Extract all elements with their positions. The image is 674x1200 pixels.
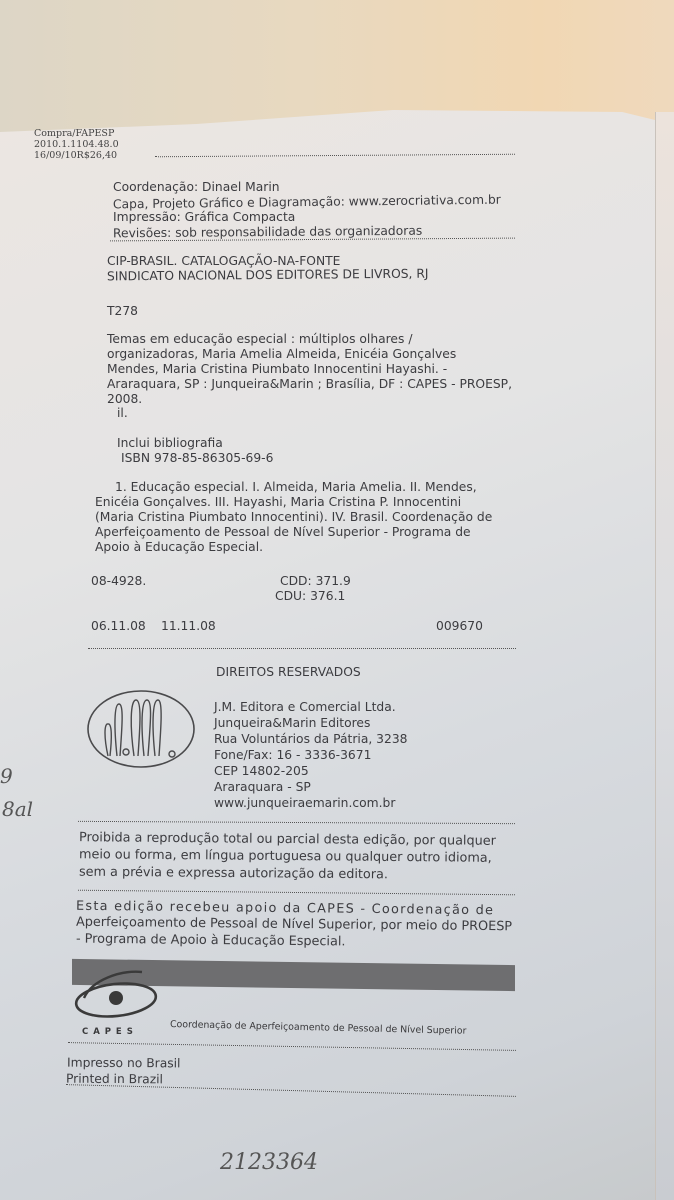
cip-cdu: CDU: 376.1 (275, 589, 345, 605)
divider (88, 648, 516, 649)
publisher-cep: CEP 14802-205 (214, 764, 309, 780)
cip-subject-line: (Maria Cristina Piumbato Innocentini). I… (95, 510, 492, 526)
cip-subject-line: 1. Educação especial. I. Almeida, Maria … (115, 480, 477, 496)
stamp-line-2: 2010.1.1104.48.0 (34, 140, 119, 151)
handwritten-number: 2123364 (220, 1150, 318, 1175)
cip-cdd: CDD: 371.9 (280, 574, 351, 590)
support-line: - Programa de Apoio à Educação Especial. (76, 932, 346, 950)
rights-title: DIREITOS RESERVADOS (216, 665, 361, 681)
publisher-logo-icon (86, 688, 198, 770)
cip-subject-line: Apoio à Educação Especial. (95, 540, 263, 556)
handwritten-margin-bottom: 8al (2, 797, 33, 821)
publisher-line: Junqueira&Marin Editores (214, 716, 370, 732)
handwritten-margin-top: 9 (0, 764, 13, 788)
publisher-line: J.M. Editora e Comercial Ltda. (214, 700, 396, 716)
cip-entry-line: Araraquara, SP : Junqueira&Marin ; Brasí… (107, 377, 512, 393)
publisher-website: www.junqueiraemarin.com.br (214, 796, 395, 812)
cip-date-1: 06.11.08 (91, 619, 146, 635)
prohibition-line: sem a prévia e expressa autorização da e… (79, 865, 388, 883)
cip-entry-line: Mendes, Maria Cristina Piumbato Innocent… (107, 362, 447, 378)
capes-logo-text: C A P E S (82, 1027, 134, 1037)
stamp-line-3: 16/09/10R$26,40 (34, 151, 117, 162)
credit-printing: Impressão: Gráfica Compacta (113, 210, 295, 226)
publisher-phone: Fone/Fax: 16 - 3336-3671 (214, 748, 371, 764)
cip-subject-line: Aperfeiçoamento de Pessoal de Nível Supe… (95, 525, 471, 541)
publisher-address: Rua Voluntários da Pátria, 3238 (214, 732, 407, 748)
cip-entry-line: il. (117, 406, 128, 422)
cip-entry-line: Temas em educação especial : múltiplos o… (107, 332, 412, 348)
publisher-city: Araraquara - SP (214, 780, 311, 796)
cip-date-2: 11.11.08 (161, 619, 216, 635)
capes-logo-icon (70, 968, 162, 1028)
stamp-line-1: Compra/FAPESP (34, 129, 114, 140)
cip-header-2: SINDICATO NACIONAL DOS EDITORES DE LIVRO… (107, 267, 429, 285)
cip-entry-line: organizadoras, Maria Amelia Almeida, Eni… (107, 347, 456, 363)
printed-pt: Impresso no Brasil (67, 1056, 181, 1072)
cip-note-bibliography: Inclui bibliografia (117, 436, 223, 452)
next-page-edge (655, 112, 674, 1200)
cip-control-number: 009670 (436, 619, 483, 635)
credit-coordination: Coordenação: Dinael Marin (113, 180, 280, 196)
cip-isbn: ISBN 978-85-86305-69-6 (121, 451, 273, 467)
cip-record-number: 08-4928. (91, 574, 146, 590)
cip-subject-line: Enicéia Gonçalves. III. Hayashi, Maria C… (95, 495, 461, 511)
cip-code: T278 (107, 304, 138, 320)
